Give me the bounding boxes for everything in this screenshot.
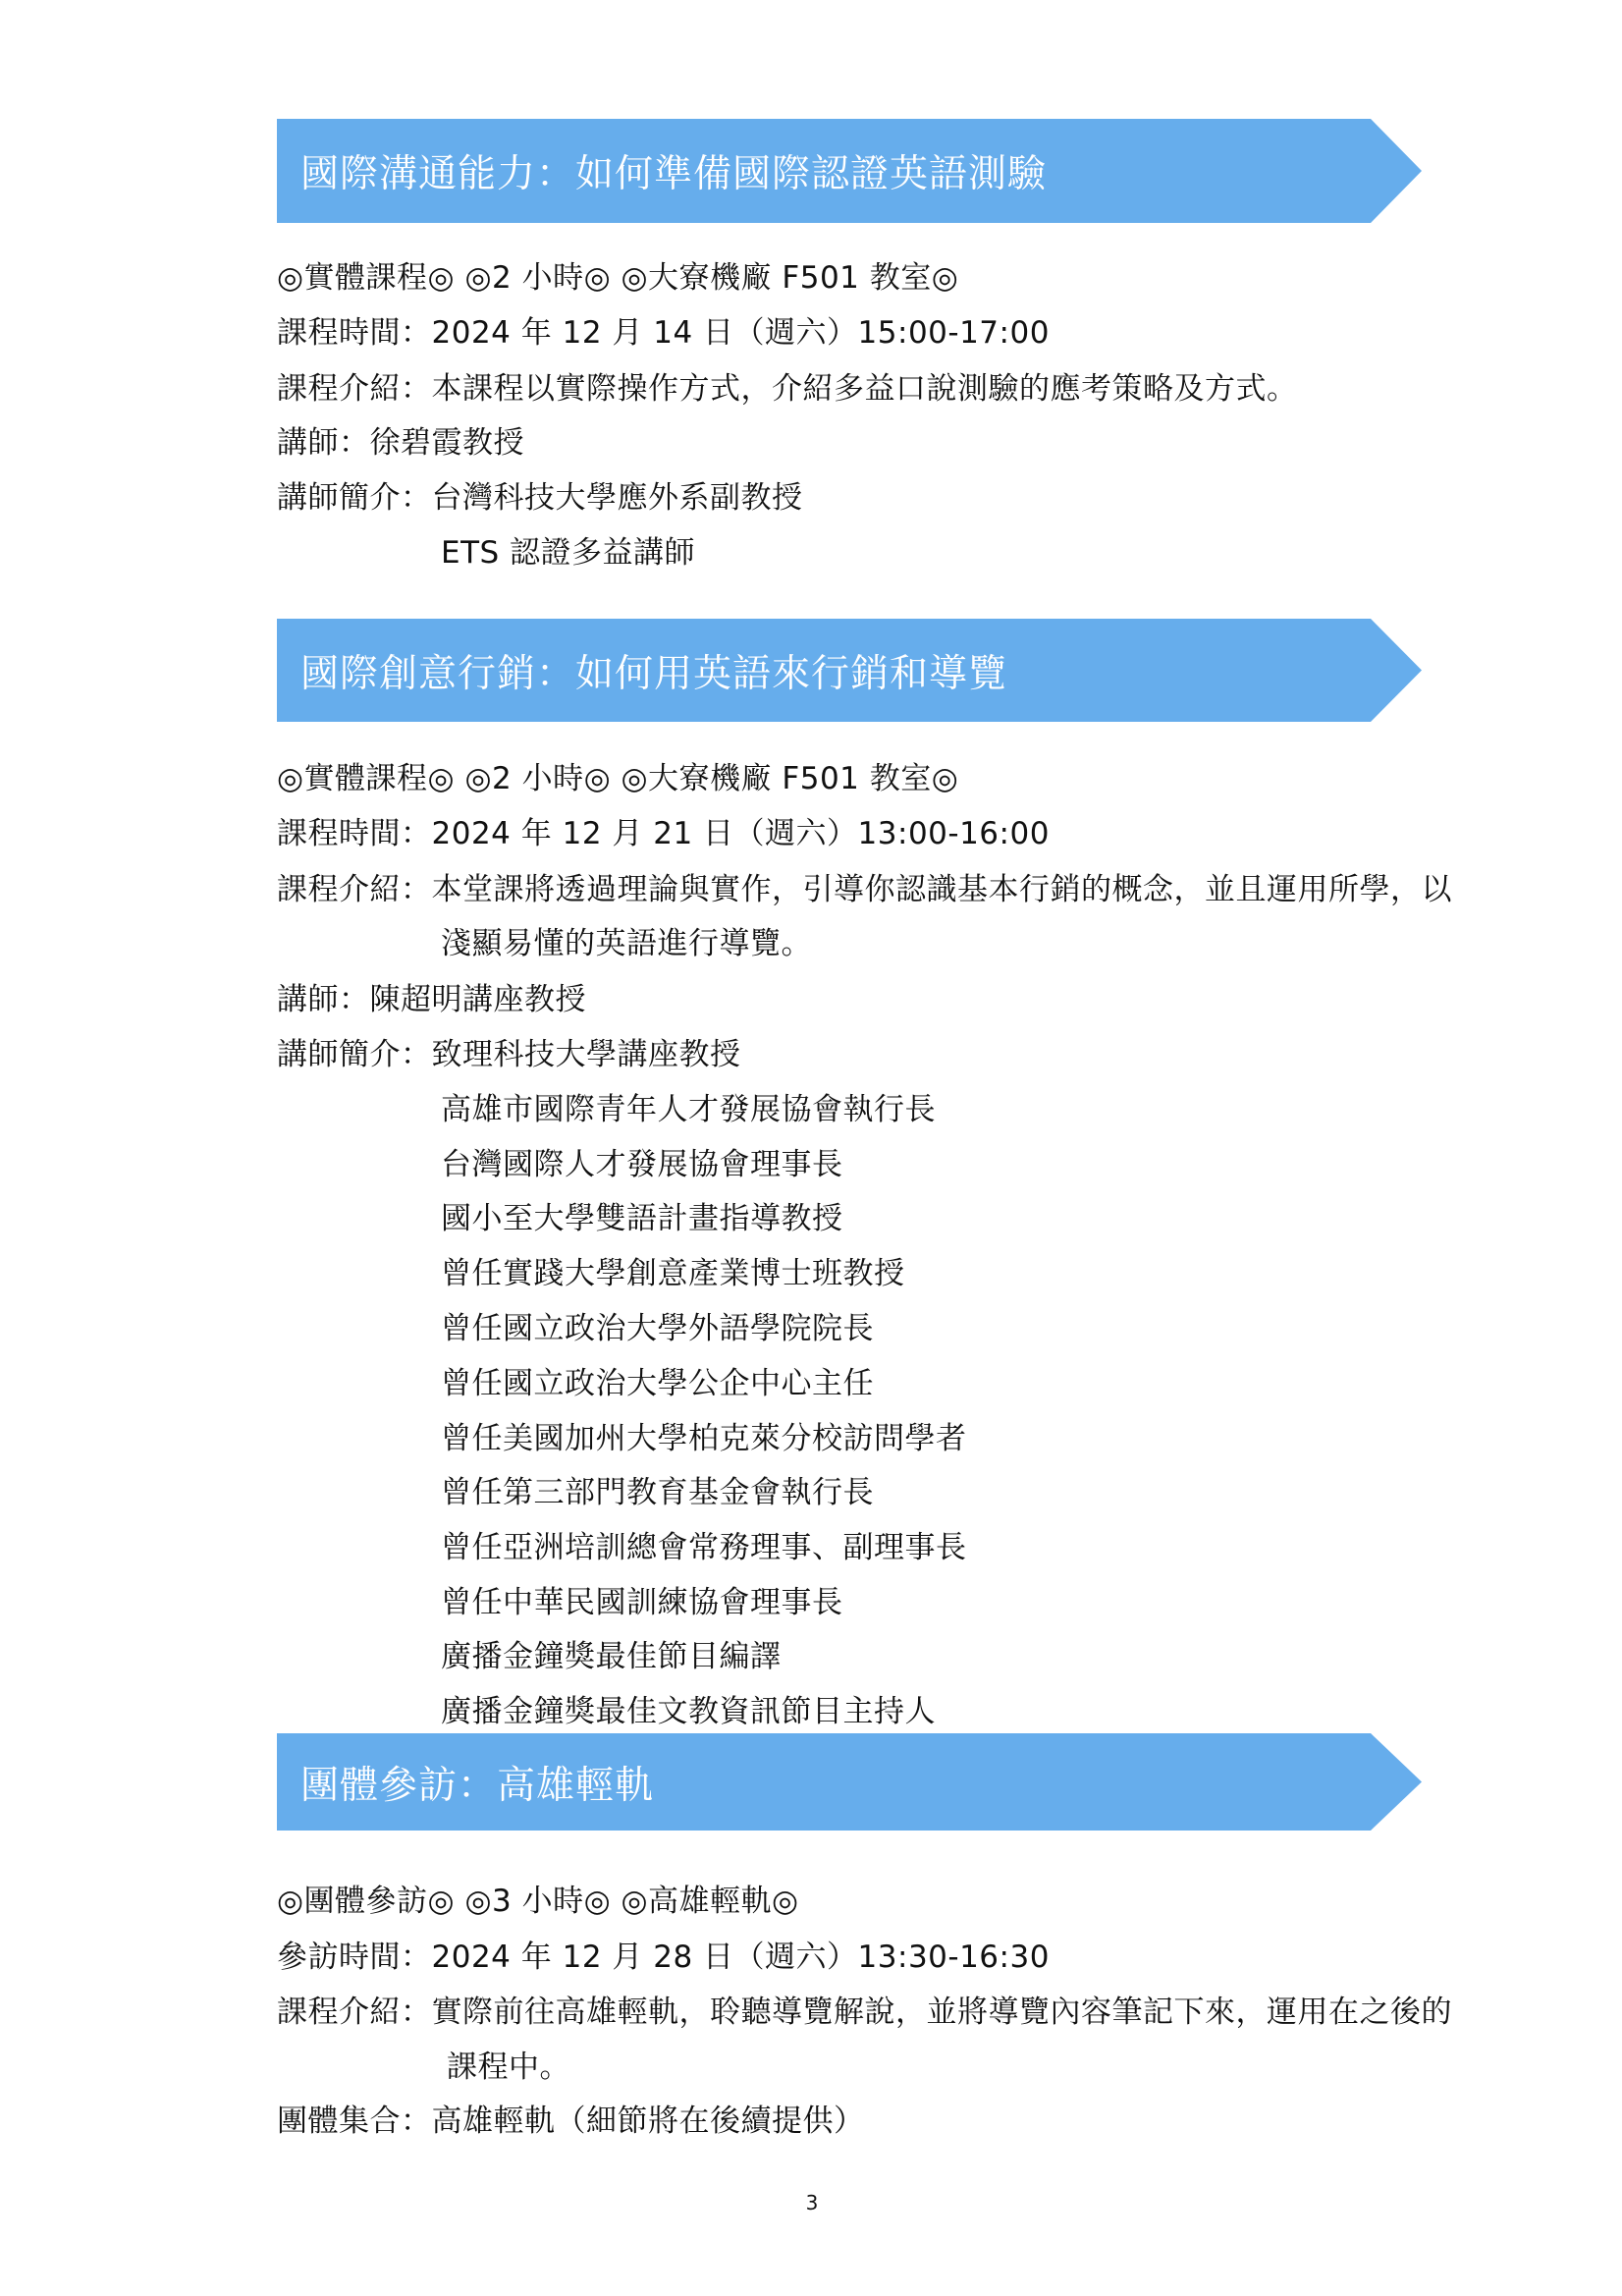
- bio-label: 講師簡介：: [277, 478, 432, 518]
- bio-item: 台灣國際人才發展協會理事長: [441, 1145, 843, 1184]
- bio-item: 曾任中華民國訓練協會理事長: [441, 1583, 843, 1622]
- section-3-meta: ◎團體參訪◎ ◎3 小時◎ ◎高雄輕軌◎: [277, 1882, 799, 1921]
- instructor-label: 講師：: [277, 423, 370, 463]
- bio-item: 國小至大學雙語計畫指導教授: [441, 1199, 843, 1238]
- bio-item: 台灣科技大學應外系副教授: [432, 480, 803, 516]
- time-label: 課程時間：: [277, 313, 432, 353]
- section-2-bio: 講師簡介：致理科技大學講座教授: [277, 1035, 741, 1074]
- section-1-intro: 課程介紹：本課程以實際操作方式，介紹多益口說測驗的應考策略及方式。: [277, 369, 1298, 409]
- time-value: 2024 年 12 月 21 日（週六）13:00-16:00: [432, 816, 1050, 851]
- bio-label: 講師簡介：: [277, 1035, 432, 1074]
- section-2-meta: ◎實體課程◎ ◎2 小時◎ ◎大寮機廠 F501 教室◎: [277, 759, 958, 798]
- gather-label: 團體集合：: [277, 2102, 432, 2141]
- section-3-gather: 團體集合：高雄輕軌（細節將在後續提供）: [277, 2102, 865, 2141]
- bio-item: 曾任美國加州大學柏克萊分校訪問學者: [441, 1419, 967, 1458]
- section-1-title: 國際溝通能力：如何準備國際認證英語測驗: [277, 143, 1047, 198]
- section-2-banner: 國際創意行銷：如何用英語來行銷和導覽: [277, 619, 1422, 722]
- bio-item: 廣播金鐘獎最佳節目編譯: [441, 1637, 782, 1676]
- page-number: 3: [800, 2188, 824, 2217]
- intro-text-continued: 課程中。: [447, 2048, 570, 2087]
- bio-item: 致理科技大學講座教授: [432, 1037, 741, 1072]
- section-1-instructor: 講師：徐碧霞教授: [277, 423, 524, 463]
- section-2-title: 國際創意行銷：如何用英語來行銷和導覽: [277, 643, 1007, 698]
- section-3-banner: 團體參訪：高雄輕軌: [277, 1733, 1422, 1831]
- bio-item: 曾任亞洲培訓總會常務理事、副理事長: [441, 1528, 967, 1567]
- instructor-label: 講師：: [277, 980, 370, 1019]
- bio-item: ETS 認證多益講師: [441, 533, 695, 573]
- time-label: 課程時間：: [277, 814, 432, 853]
- section-2-time: 課程時間：2024 年 12 月 21 日（週六）13:00-16:00: [277, 814, 1050, 853]
- section-2-instructor: 講師：陳超明講座教授: [277, 980, 586, 1019]
- instructor-name: 陳超明講座教授: [370, 982, 587, 1017]
- intro-text: 實際前往高雄輕軌，聆聽導覽解說，並將導覽內容筆記下來，運用在之後的: [432, 1995, 1453, 2030]
- intro-text: 本堂課將透過理論與實作，引導你認識基本行銷的概念，並且運用所學，以: [432, 872, 1453, 907]
- time-value: 2024 年 12 月 14 日（週六）15:00-17:00: [432, 315, 1050, 351]
- section-1-meta: ◎實體課程◎ ◎2 小時◎ ◎大寮機廠 F501 教室◎: [277, 258, 958, 298]
- bio-item: 曾任第三部門教育基金會執行長: [441, 1473, 874, 1512]
- section-3-time: 參訪時間：2024 年 12 月 28 日（週六）13:30-16:30: [277, 1938, 1050, 1977]
- gather-value: 高雄輕軌（細節將在後續提供）: [432, 2104, 865, 2139]
- section-1-banner: 國際溝通能力：如何準備國際認證英語測驗: [277, 119, 1422, 223]
- intro-label: 課程介紹：: [277, 369, 432, 409]
- section-1-bio: 講師簡介：台灣科技大學應外系副教授: [277, 478, 803, 518]
- time-value: 2024 年 12 月 28 日（週六）13:30-16:30: [432, 1940, 1050, 1975]
- intro-text-continued: 淺顯易懂的英語進行導覽。: [441, 924, 812, 963]
- bio-item: 廣播金鐘獎最佳文教資訊節目主持人: [441, 1692, 936, 1731]
- time-label: 參訪時間：: [277, 1938, 432, 1977]
- instructor-name: 徐碧霞教授: [370, 425, 525, 461]
- bio-item: 曾任國立政治大學外語學院院長: [441, 1309, 874, 1348]
- intro-text: 本課程以實際操作方式，介紹多益口說測驗的應考策略及方式。: [432, 371, 1298, 407]
- section-3-intro: 課程介紹：實際前往高雄輕軌，聆聽導覽解說，並將導覽內容筆記下來，運用在之後的: [277, 1993, 1452, 2032]
- section-3-title: 團體參訪：高雄輕軌: [277, 1755, 654, 1810]
- section-2-intro: 課程介紹：本堂課將透過理論與實作，引導你認識基本行銷的概念，並且運用所學，以: [277, 870, 1452, 909]
- intro-label: 課程介紹：: [277, 870, 432, 909]
- section-1-time: 課程時間：2024 年 12 月 14 日（週六）15:00-17:00: [277, 313, 1050, 353]
- intro-label: 課程介紹：: [277, 1993, 432, 2032]
- bio-item: 曾任實踐大學創意產業博士班教授: [441, 1254, 905, 1293]
- bio-item: 高雄市國際青年人才發展協會執行長: [441, 1090, 936, 1129]
- bio-item: 曾任國立政治大學公企中心主任: [441, 1364, 874, 1403]
